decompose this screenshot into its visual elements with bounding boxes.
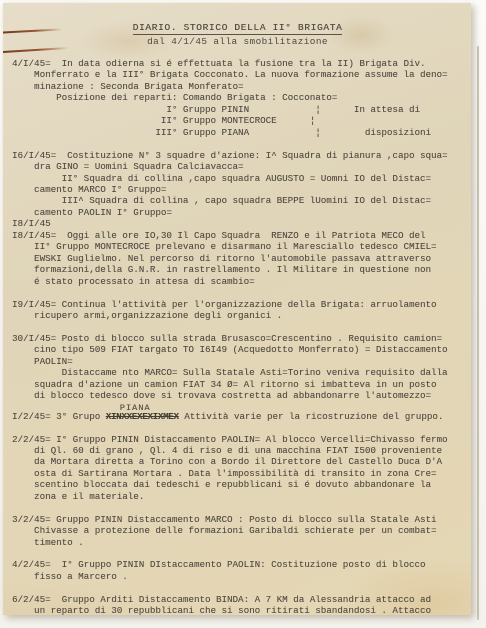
typewritten-line: timento . [12,537,463,548]
document-title: DIARIO. STORICO DELLA II° BRIGATA [133,22,343,35]
typewritten-line: 3/2/45= Gruppo PININ Distaccamento MARCO… [12,514,463,525]
typewritten-line: di Ql. 60 di grano , Ql. 4 di riso e di … [12,445,463,456]
typewritten-line [12,287,463,298]
typewritten-line: EWSKI Guglielmo. Nel percorso di ritorno… [12,253,463,264]
typewritten-line: Chivasse a protezione delle formazioni G… [12,525,463,536]
typewritten-line: I8/I/45= Oggi alle ore IO,30 Il Capo Squ… [12,230,463,241]
typewritten-line: 4/I/45= In data odierna si é effettuata … [12,58,463,69]
typewritten-line: camento PAOLIN I° Gruppo= [12,207,463,218]
typewritten-line [12,138,463,149]
typewritten-line: osta di Sartirana Mortara . Data l'impos… [12,468,463,479]
correction-prefix: I/2/45= 3° Grupo [12,411,106,422]
corrected-line: I/2/45= 3° Grupo PIANAXINXXEXEXIXMEX Att… [12,411,463,422]
typewritten-line: I6/I/45= Costituzione N° 3 squadre d'azi… [12,150,463,161]
typewritten-line: di blocco tedesco dove si trovava costre… [12,390,463,401]
typewritten-line: I8/I/45 [12,218,463,229]
typewritten-line: III° Gruppo PIANA ¦ disposizioni [12,127,463,138]
typewritten-line: scentino bloccata dai tedeschi e repubbl… [12,479,463,490]
typewritten-line [12,548,463,559]
typewritten-line [12,502,463,513]
scanned-page: DIARIO. STORICO DELLA II° BRIGATA dal 4/… [0,0,486,628]
typewritten-line: fisso a Marcero . [12,571,463,582]
typewritten-line: da Mortara diretta a Torino con a Bordo … [12,456,463,467]
paper-edge-line [477,46,479,620]
typewritten-line: II° Squadra di collina ,capo squadra AUG… [12,173,463,184]
typewritten-line: III^ Squadra di collina , capo squadra B… [12,195,463,206]
typewritten-line: Posizione dei reparti: Comando Brigata :… [12,92,463,103]
typewriter-correction: PIANAXINXXEXEXIXMEX [106,411,179,422]
typewritten-line [12,321,463,332]
typewritten-line [12,422,463,433]
diary-entries-part2: 2/2/45= I° Gruppo PININ Distaccamento PA… [12,422,463,615]
paper-sheet: DIARIO. STORICO DELLA II° BRIGATA dal 4/… [3,3,471,615]
typewritten-line: 2/2/45= I° Gruppo PININ Distaccamento PA… [12,434,463,445]
correction-suffix: Attività varie per la ricostruzione del … [179,411,444,422]
document-header: DIARIO. STORICO DELLA II° BRIGATA dal 4/… [12,17,463,47]
typewritten-line: 4/2/45= I° Gruppo PININ DIstaccamento PA… [12,559,463,570]
typewritten-line: I9/I/45= Continua l'attività per l'organ… [12,299,463,310]
pencil-mark-2 [3,47,69,53]
typewritten-line: minazione : Seconda Brigata Monferato= [12,81,463,92]
typewritten-line: ricupero armi,organizzazione degli organ… [12,310,463,321]
typewritten-line [12,582,463,593]
diary-entries-part1: 4/I/45= In data odierna si é effettuata … [12,58,463,402]
typewritten-line: zona e il materiale. [12,491,463,502]
typewritten-line: Monferrato e la III° Brigata Cocconato. … [12,69,463,80]
document-subtitle: dal 4/1/45 alla smobilitazione [12,36,463,47]
typewritten-line: camento MARCO I° Gruppo= [12,184,463,195]
typewritten-line: formazioni,della G.N.R. in rastrellament… [12,264,463,275]
typewritten-line: I° Gruppo PININ ¦ In attesa di [12,104,463,115]
inserted-word-above: PIANA [120,403,151,414]
typewritten-line: dra GINO = Uomini Squadra Calciavacca= [12,161,463,172]
typewritten-line: 6/2/45= Gruppo Arditi Distaccamento BIND… [12,594,463,605]
typewritten-line: squadra d'azione un camion FIAT 34 Ø= Al… [12,379,463,390]
typewritten-line: Distaccame nto MARCO= Sulla Statale Asti… [12,367,463,378]
typewritten-line: cino tipo 509 FIAT targato TO I6I49 (Acq… [12,344,463,355]
typewritten-line: é stato processato in attesa di scambio= [12,276,463,287]
typewritten-line: II° Gruppo MONTECROCE prelevano e disarm… [12,241,463,252]
typewritten-line: un reparto di 30 repubblicani che si son… [12,605,463,615]
typewritten-line: PAOLIN= [12,356,463,367]
typewritten-line: II° Gruppo MONTECROCE ¦ [12,115,463,126]
typewritten-line: 30/I/45= Posto di blocco sulla strada Br… [12,333,463,344]
